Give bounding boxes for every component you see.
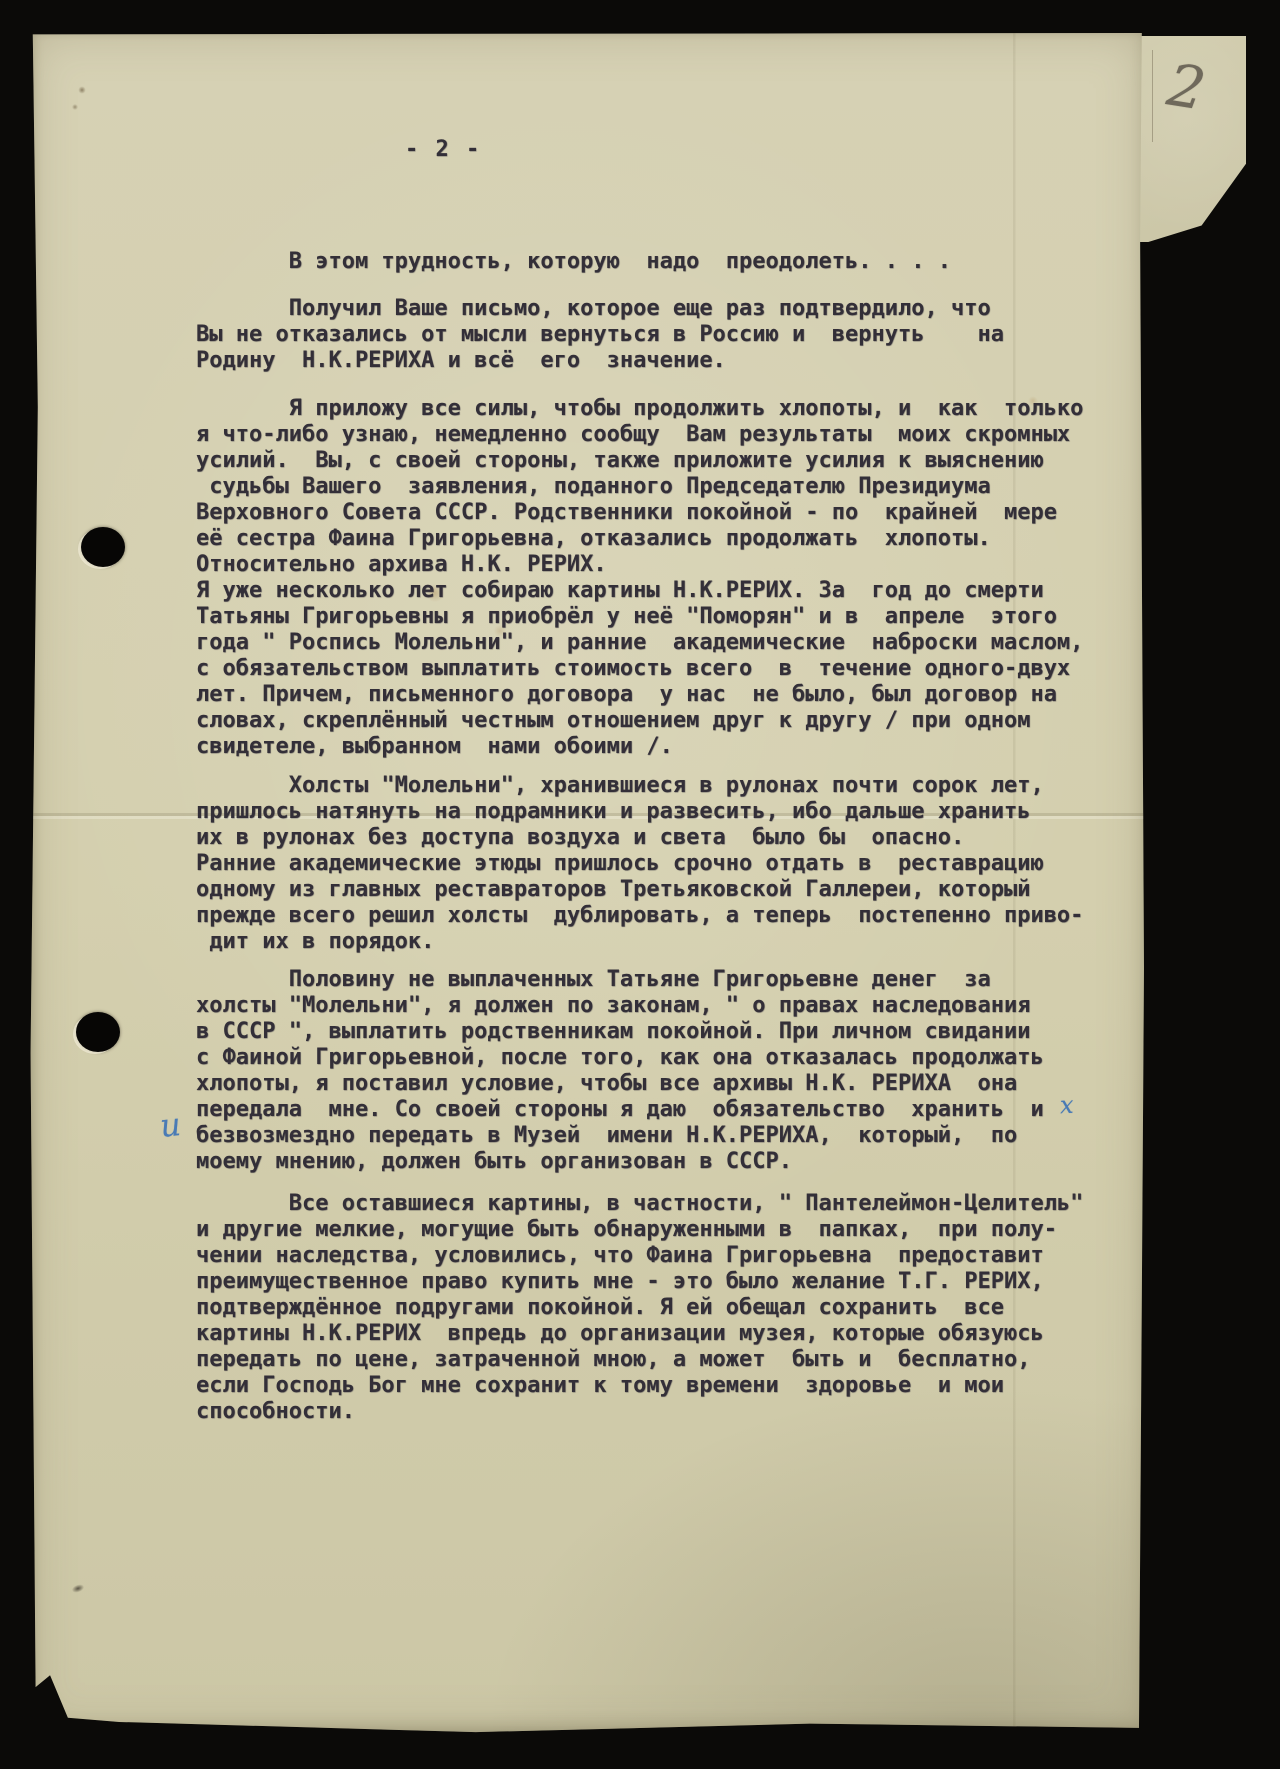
paragraph: Холсты "Молельни", хранившиеся в рулонах… xyxy=(196,773,1136,955)
text-line: лет. Причем, письменного договора у нас … xyxy=(196,682,1136,708)
paragraph: Получил Ваше письмо, которое еще раз под… xyxy=(196,296,1136,374)
text-line: хлопоты, я поставил условие, чтобы все а… xyxy=(196,1071,1136,1097)
text-line: одному из главных реставраторов Третьяко… xyxy=(196,877,1136,903)
text-line: Вы не отказались от мысли вернуться в Ро… xyxy=(196,322,1136,348)
text-line: Холсты "Молельни", хранившиеся в рулонах… xyxy=(196,773,1136,799)
text-line: чении наследства, условились, что Фаина … xyxy=(196,1243,1136,1269)
text-line: свидетеле, выбранном нами обоими /. xyxy=(196,734,1136,760)
paragraph: В этом трудность, которую надо преодолет… xyxy=(196,249,1136,275)
punch-hole-bottom xyxy=(76,1012,120,1052)
text-line: дит их в порядок. xyxy=(196,929,1136,955)
sheet-edge-crease xyxy=(1152,50,1153,142)
text-line: с обязательством выплатить стоимость все… xyxy=(196,656,1136,682)
text-line: её сестра Фаина Григорьевна, отказались … xyxy=(196,526,1136,552)
text-line: с Фаиной Григорьевной, после того, как о… xyxy=(196,1045,1136,1071)
inline-insertion-mark: х xyxy=(1060,1093,1074,1117)
text-line: моему мнению, должен быть организован в … xyxy=(196,1149,1136,1175)
text-line: Я приложу все силы, чтобы продолжить хло… xyxy=(196,396,1136,422)
text-line: судьбы Вашего заявления, поданного Предс… xyxy=(196,474,1136,500)
typed-page-number: - 2 - xyxy=(196,137,1136,163)
text-line: передать по цене, затраченной мною, а мо… xyxy=(196,1347,1136,1373)
handwritten-page-number: 2 xyxy=(1164,55,1210,118)
paragraph: Я приложу все силы, чтобы продолжить хло… xyxy=(196,396,1136,760)
text-line: подтверждённое подругами покойной. Я ей … xyxy=(196,1295,1136,1321)
text-line: словах, скреплённый честным отношением д… xyxy=(196,708,1136,734)
typed-text: В этом трудность, которую надо преодолет… xyxy=(196,249,1136,1425)
text-line: Татьяны Григорьевны я приобрёл у неё "По… xyxy=(196,604,1136,630)
text-line: я что-либо узнаю, немедленно сообщу Вам … xyxy=(196,422,1136,448)
text-line: Родину Н.К.РЕРИХА и всё его значение. xyxy=(196,348,1136,374)
text-line: прежде всего решил холсты дублировать, а… xyxy=(196,903,1136,929)
text-line: Половину не выплаченных Татьяне Григорье… xyxy=(196,967,1136,993)
text-line: года " Роспись Молельни", и ранние акаде… xyxy=(196,630,1136,656)
text-line: Получил Ваше письмо, которое еще раз под… xyxy=(196,296,1136,322)
text-line: в СССР ", выплатить родственникам покойн… xyxy=(196,1019,1136,1045)
text-line: безвозмездно передать в Музей имени Н.К.… xyxy=(196,1123,1136,1149)
text-line: передала мне. Со своей стороны я даю обя… xyxy=(196,1097,1136,1123)
text-line: Все оставшиеся картины, в частности, " П… xyxy=(196,1191,1136,1217)
text-line: преимущественное право купить мне - это … xyxy=(196,1269,1136,1295)
text-line: Верховного Совета СССР. Родственники пок… xyxy=(196,500,1136,526)
margin-insertion-mark: и xyxy=(158,1108,182,1142)
text-line: способности. xyxy=(196,1399,1136,1425)
text-line: холсты "Молельни", я должен по законам, … xyxy=(196,993,1136,1019)
text-line: пришлось натянуть на подрамники и развес… xyxy=(196,799,1136,825)
text-line: В этом трудность, которую надо преодолет… xyxy=(196,249,1136,275)
paragraph: Все оставшиеся картины, в частности, " П… xyxy=(196,1191,1136,1425)
text-line: и другие мелкие, могущие быть обнаруженн… xyxy=(196,1217,1136,1243)
text-line: если Господь Бог мне сохранит к тому вре… xyxy=(196,1373,1136,1399)
letter-sheet: - 2 - В этом трудность, которую надо пре… xyxy=(30,33,1144,1733)
text-line: Относительно архива Н.К. РЕРИХ. xyxy=(196,552,1136,578)
punch-hole-top xyxy=(81,527,125,567)
pencil-scribble xyxy=(71,1583,85,1594)
typed-text-column: - 2 - В этом трудность, которую надо пре… xyxy=(196,137,1136,1425)
text-line: Ранние академические этюды пришлось сроч… xyxy=(196,851,1136,877)
scan-background: { "page": { "typed_page_number": "- 2 -"… xyxy=(0,0,1280,1769)
text-line: их в рулонах без доступа воздуха и света… xyxy=(196,825,1136,851)
text-line: усилий. Вы, с своей стороны, также прило… xyxy=(196,448,1136,474)
paragraph: Половину не выплаченных Татьяне Григорье… xyxy=(196,967,1136,1175)
text-line: картины Н.К.РЕРИХ впредь до организации … xyxy=(196,1321,1136,1347)
text-line: Я уже несколько лет собираю картины Н.К.… xyxy=(196,578,1136,604)
